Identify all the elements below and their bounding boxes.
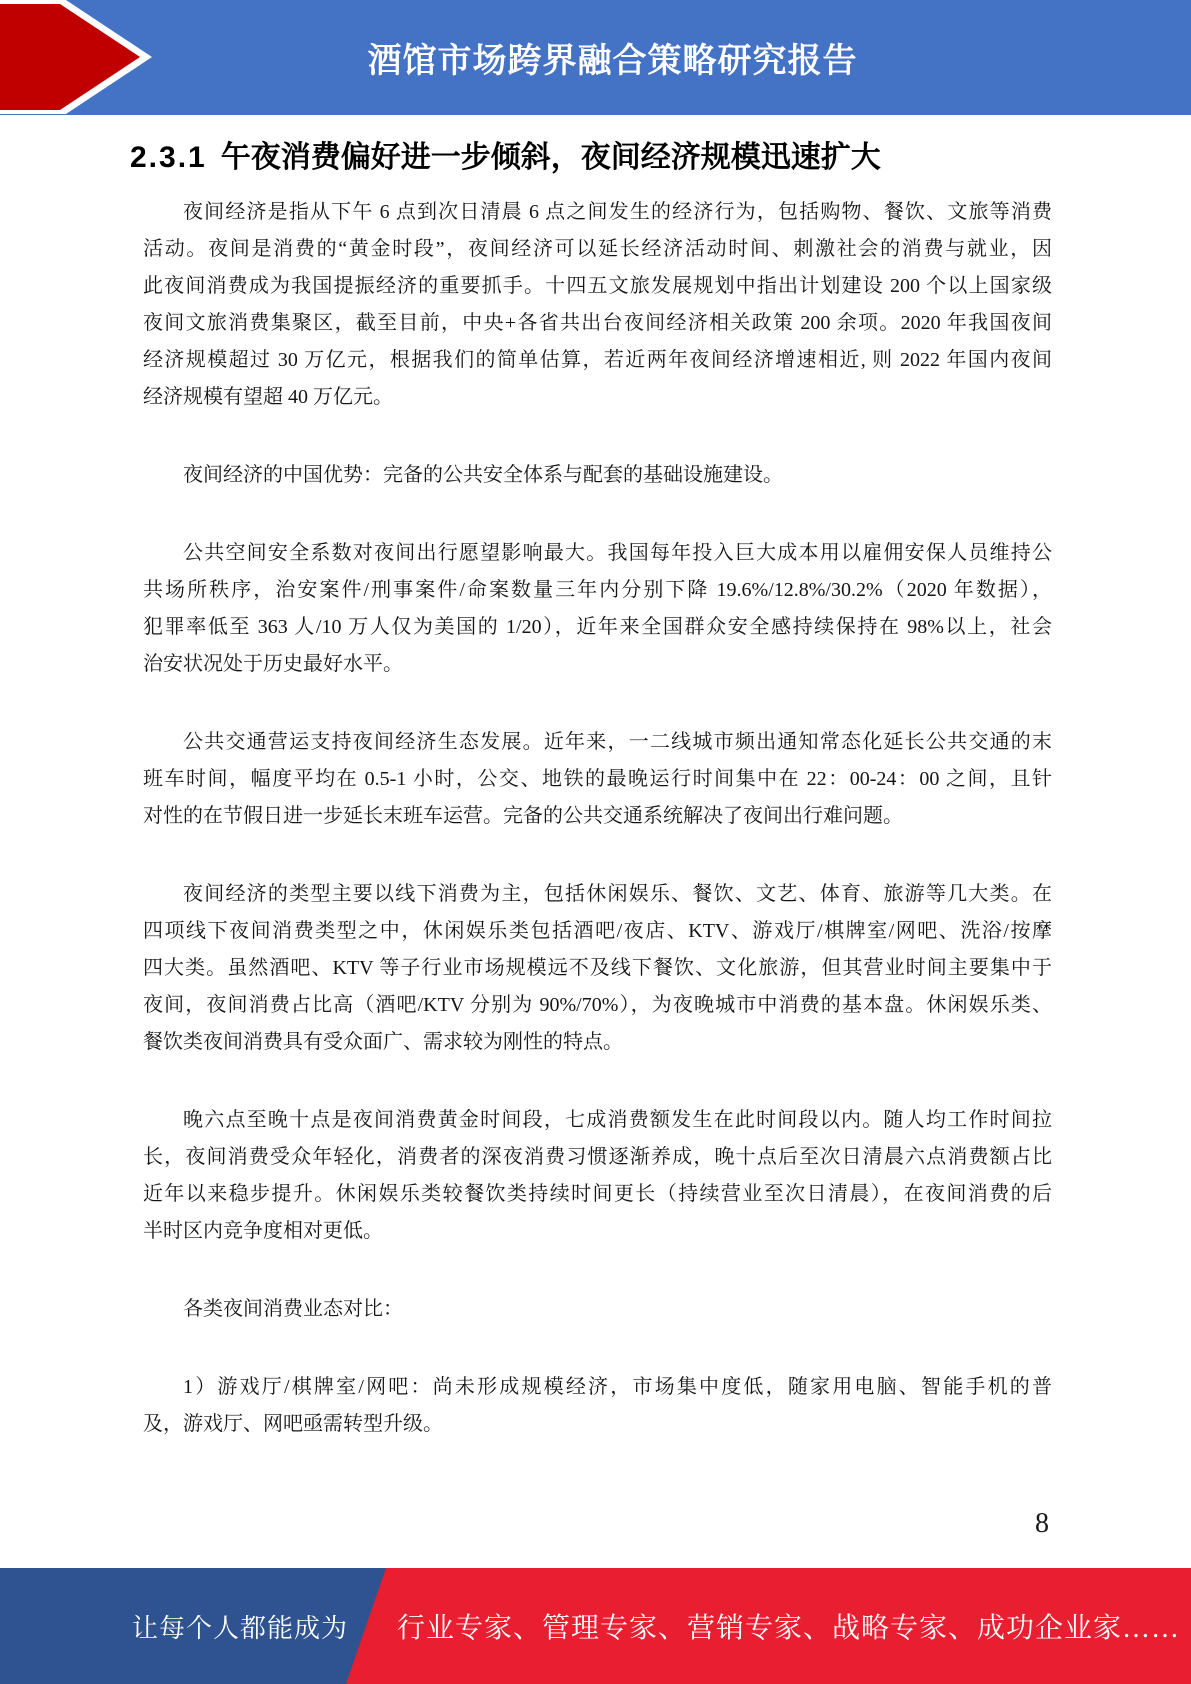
paragraph: 公共交通营运支持夜间经济生态发展。近年来，一二线城市频出通知常态化延长公共交通的…: [143, 724, 1052, 835]
paragraph-line: 1）游戏厅/棋牌室/网吧：尚未形成规模经济，市场集中度低，随家用电脑、智能手机的…: [143, 1369, 1052, 1406]
paragraph-line: 四项线下夜间消费类型之中，休闲娱乐类包括酒吧/夜店、KTV、游戏厅/棋牌室/网吧…: [143, 913, 1052, 950]
paragraph: 各类夜间消费业态对比：: [143, 1291, 1052, 1328]
paragraph-line: 近年以来稳步提升。休闲娱乐类较餐饮类持续时间更长（持续营业至次日清晨），在夜间消…: [143, 1176, 1052, 1213]
footer-right-panel: 行业专家、管理专家、营销专家、战略专家、成功企业家……: [397, 1568, 1180, 1684]
paragraph-line: 晚六点至晚十点是夜间消费黄金时间段，七成消费额发生在此时间段以内。随人均工作时间…: [143, 1102, 1052, 1139]
paragraph-line: 夜间经济的类型主要以线下消费为主，包括休闲娱乐、餐饮、文艺、体育、旅游等几大类。…: [143, 876, 1052, 913]
paragraph-line: 公共空间安全系数对夜间出行愿望影响最大。我国每年投入巨大成本用以雇佣安保人员维持…: [143, 535, 1052, 572]
page-number: 8: [1012, 1508, 1072, 1540]
paragraph-line: 夜间，夜间消费占比高（酒吧/KTV 分别为 90%/70%），为夜晚城市中消费的…: [143, 987, 1052, 1024]
paragraph-line: 班车时间，幅度平均在 0.5-1 小时，公交、地铁的最晚运行时间集中在 22：0…: [143, 761, 1052, 798]
paragraph-line: 活动。夜间是消费的“黄金时段”，夜间经济可以延长经济活动时间、刺激社会的消费与就…: [143, 231, 1052, 268]
body-content: 夜间经济是指从下午 6 点到次日清晨 6 点之间发生的经济行为，包括购物、餐饮、…: [143, 194, 1052, 1484]
paragraph-line: 治安状况处于历史最好水平。: [143, 646, 1052, 683]
paragraph-line: 经济规模有望超 40 万亿元。: [143, 379, 1052, 416]
report-title: 酒馆市场跨界融合策略研究报告: [0, 0, 1191, 115]
paragraph-line: 对性的在节假日进一步延长末班车运营。完备的公共交通系统解决了夜间出行难问题。: [143, 798, 1052, 835]
paragraph-line: 半时区内竞争度相对更低。: [143, 1213, 1052, 1250]
paragraph-line: 犯罪率低至 363 人/10 万人仅为美国的 1/20），近年来全国群众安全感持…: [143, 609, 1052, 646]
paragraph-line: 餐饮类夜间消费具有受众面广、需求较为刚性的特点。: [143, 1024, 1052, 1061]
paragraph-line: 四大类。虽然酒吧、KTV 等子行业市场规模远不及线下餐饮、文化旅游，但其营业时间…: [143, 950, 1052, 987]
paragraph-line: 此夜间消费成为我国提振经济的重要抓手。十四五文旅发展规划中指出计划建设 200 …: [143, 268, 1052, 305]
paragraph: 公共空间安全系数对夜间出行愿望影响最大。我国每年投入巨大成本用以雇佣安保人员维持…: [143, 535, 1052, 683]
paragraph: 1）游戏厅/棋牌室/网吧：尚未形成规模经济，市场集中度低，随家用电脑、智能手机的…: [143, 1369, 1052, 1443]
section-heading: 2.3.1午夜消费偏好进一步倾斜，夜间经济规模迅速扩大: [130, 132, 881, 176]
paragraph-line: 夜间经济是指从下午 6 点到次日清晨 6 点之间发生的经济行为，包括购物、餐饮、…: [143, 194, 1052, 231]
footer-left-panel: 让每个人都能成为: [0, 1568, 386, 1684]
paragraph-line: 共场所秩序，治安案件/刑事案件/命案数量三年内分别下降 19.6%/12.8%/…: [143, 572, 1052, 609]
paragraph-line: 夜间文旅消费集聚区，截至目前，中央+各省共出台夜间经济相关政策 200 余项。2…: [143, 305, 1052, 342]
paragraph: 夜间经济的中国优势：完备的公共安全体系与配套的基础设施建设。: [143, 457, 1052, 494]
paragraph-line: 夜间经济的中国优势：完备的公共安全体系与配套的基础设施建设。: [143, 457, 1052, 494]
document-page: 酒馆市场跨界融合策略研究报告 2.3.1午夜消费偏好进一步倾斜，夜间经济规模迅速…: [0, 0, 1191, 1684]
paragraph: 夜间经济的类型主要以线下消费为主，包括休闲娱乐、餐饮、文艺、体育、旅游等几大类。…: [143, 876, 1052, 1061]
paragraph-line: 各类夜间消费业态对比：: [143, 1291, 1052, 1328]
section-title: 午夜消费偏好进一步倾斜，夜间经济规模迅速扩大: [221, 141, 881, 174]
footer-right-text: 行业专家、管理专家、营销专家、战略专家、成功企业家……: [397, 1606, 1180, 1646]
paragraph-line: 长，夜间消费受众年轻化，消费者的深夜消费习惯逐渐养成，晚十点后至次日清晨六点消费…: [143, 1139, 1052, 1176]
paragraph: 晚六点至晚十点是夜间消费黄金时间段，七成消费额发生在此时间段以内。随人均工作时间…: [143, 1102, 1052, 1250]
paragraph-line: 及，游戏厅、网吧亟需转型升级。: [143, 1406, 1052, 1443]
header-banner: 酒馆市场跨界融合策略研究报告: [0, 0, 1191, 115]
section-number: 2.3.1: [130, 141, 207, 174]
footer-banner: 让每个人都能成为 行业专家、管理专家、营销专家、战略专家、成功企业家……: [0, 1568, 1191, 1684]
footer-left-text: 让每个人都能成为: [132, 1608, 348, 1645]
paragraph-line: 公共交通营运支持夜间经济生态发展。近年来，一二线城市频出通知常态化延长公共交通的…: [143, 724, 1052, 761]
paragraph: 夜间经济是指从下午 6 点到次日清晨 6 点之间发生的经济行为，包括购物、餐饮、…: [143, 194, 1052, 416]
paragraph-line: 经济规模超过 30 万亿元，根据我们的简单估算，若近两年夜间经济增速相近, 则 …: [143, 342, 1052, 379]
